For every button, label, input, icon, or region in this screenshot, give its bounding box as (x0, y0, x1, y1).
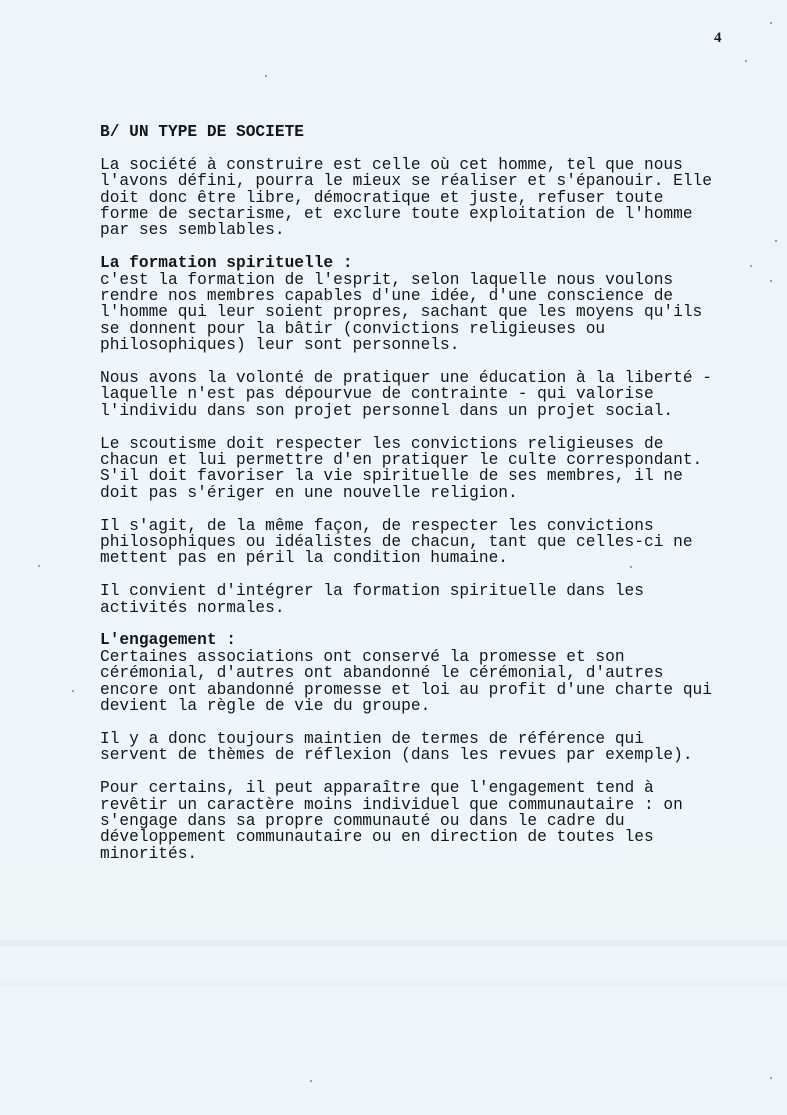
text-line: développement communautaire ou en direct… (100, 829, 760, 845)
paragraph: Pour certains, il peut apparaître que l'… (100, 780, 760, 862)
text-line: l'avons défini, pourra le mieux se réali… (100, 173, 760, 189)
scan-speck (775, 240, 777, 242)
text-line: encore ont abandonné promesse et loi au … (100, 682, 760, 698)
paragraph: Il s'agit, de la même façon, de respecte… (100, 518, 760, 567)
section-title: B/ UN TYPE DE SOCIETE (100, 124, 760, 140)
text-line: La société à construire est celle où cet… (100, 157, 760, 173)
blank-line (100, 140, 760, 156)
text-line: revêtir un caractère moins individuel qu… (100, 797, 760, 813)
text-line: c'est la formation de l'esprit, selon la… (100, 272, 760, 288)
scan-speck (310, 1080, 312, 1082)
paragraph: Il convient d'intégrer la formation spir… (100, 583, 760, 616)
document-body: B/ UN TYPE DE SOCIETE La société à const… (100, 124, 760, 879)
text-line: devient la règle de vie du groupe. (100, 698, 760, 714)
text-line: minorités. (100, 846, 760, 862)
scan-speck (38, 565, 40, 567)
paragraph: c'est la formation de l'esprit, selon la… (100, 272, 760, 354)
text-line: Il convient d'intégrer la formation spir… (100, 583, 760, 599)
text-line: Il s'agit, de la même façon, de respecte… (100, 518, 760, 534)
scan-artifact-band (0, 940, 787, 946)
text-line: se donnent pour la bâtir (convictions re… (100, 321, 760, 337)
text-line: mettent pas en péril la condition humain… (100, 550, 760, 566)
scanned-page: 4 B/ UN TYPE DE SOCIETE La société à con… (0, 0, 787, 1115)
text-line: chacun et lui permettre d'en pratiquer l… (100, 452, 760, 468)
text-line: rendre nos membres capables d'une idée, … (100, 288, 760, 304)
text-line: laquelle n'est pas dépourvue de contrain… (100, 386, 760, 402)
text-line: doit pas s'ériger en une nouvelle religi… (100, 485, 760, 501)
paragraph: Le scoutisme doit respecter les convicti… (100, 436, 760, 502)
text-line: servent de thèmes de réflexion (dans les… (100, 747, 760, 763)
text-line: philosophiques) leur sont personnels. (100, 337, 760, 353)
text-line: par ses semblables. (100, 222, 760, 238)
scan-speck (745, 60, 747, 62)
paragraph: Certaines associations ont conservé la p… (100, 649, 760, 715)
text-line: activités normales. (100, 600, 760, 616)
text-line: l'homme qui leur soient propres, sachant… (100, 304, 760, 320)
subheading-formation-spirituelle: La formation spirituelle : (100, 255, 760, 271)
text-line: Nous avons la volonté de pratiquer une é… (100, 370, 760, 386)
scan-speck (265, 75, 267, 77)
text-line: Le scoutisme doit respecter les convicti… (100, 436, 760, 452)
scan-artifact-band (0, 980, 787, 986)
scan-speck (72, 690, 74, 692)
page-number: 4 (714, 30, 722, 47)
text-line: philosophiques ou idéalistes de chacun, … (100, 534, 760, 550)
text-line: Certaines associations ont conservé la p… (100, 649, 760, 665)
scan-speck (770, 280, 772, 282)
text-line: l'individu dans son projet personnel dan… (100, 403, 760, 419)
scan-speck (770, 22, 772, 24)
text-line: s'engage dans sa propre communauté ou da… (100, 813, 760, 829)
paragraph: Nous avons la volonté de pratiquer une é… (100, 370, 760, 419)
text-line: Il y a donc toujours maintien de termes … (100, 731, 760, 747)
text-line: forme de sectarisme, et exclure toute ex… (100, 206, 760, 222)
paragraph: Il y a donc toujours maintien de termes … (100, 731, 760, 764)
intro-paragraph: La société à construire est celle où cet… (100, 157, 760, 239)
text-line: cérémonial, d'autres ont abandonné le cé… (100, 665, 760, 681)
text-line: Pour certains, il peut apparaître que l'… (100, 780, 760, 796)
scan-speck (770, 1077, 772, 1079)
subheading-engagement: L'engagement : (100, 632, 760, 648)
text-line: doit donc être libre, démocratique et ju… (100, 190, 760, 206)
text-line: S'il doit favoriser la vie spirituelle d… (100, 468, 760, 484)
